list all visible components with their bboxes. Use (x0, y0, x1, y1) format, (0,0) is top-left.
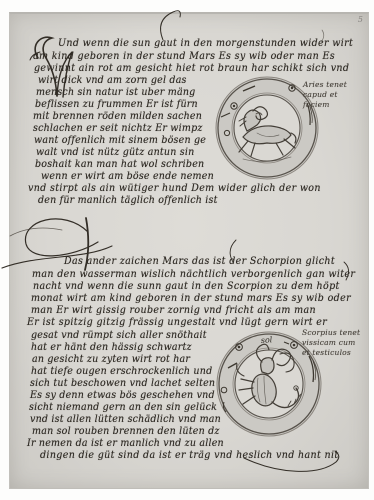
aries-margin-note: Aries tenet capud et faciem (303, 80, 367, 110)
manuscript-line: Und wenn die sun gaut in den morgenstund… (58, 38, 353, 49)
manuscript-line: hat tiefe ougen erschrockenlich und (31, 366, 212, 377)
manuscript-line: beflissen zu frummen Er ist fürn (35, 99, 198, 110)
note-line: vissicam cum (302, 338, 370, 348)
note-line: Aries tenet (303, 80, 367, 90)
manuscript-line: want offenlich mit sinem bösen ge (34, 135, 206, 146)
manuscript-line: man den wasserman wislich nächtlich verb… (32, 269, 355, 280)
manuscript-page-photo: 5 Und wenn die sun gaut in den morgenstu… (0, 0, 374, 500)
manuscript-line: Es sy denn etwas bös geschehen vnd (30, 390, 215, 401)
note-line: faciem (303, 100, 367, 110)
manuscript-line: dingen die güt sind da ist er träg vnd h… (40, 450, 339, 461)
manuscript-line: an gesicht zu zyten wirt rot har (32, 354, 190, 365)
manuscript-line: sicht niemand gern an den sin gelück (29, 402, 217, 413)
manuscript-line: Das ander zaichen Mars das ist der Schor… (64, 256, 335, 267)
manuscript-line: mensch sin natur ist uber mäng (36, 87, 195, 98)
scorpio-margin-note: Scorpius tenet vissicam cum et testiculo… (302, 328, 370, 358)
manuscript-line: monat wirt am kind geboren in der stund … (31, 293, 351, 304)
ring-label-sol: sol (261, 335, 274, 345)
manuscript-line: man sol rouben brennen den lüten dz (32, 426, 220, 437)
manuscript-line: Ir nemen da ist er manlich vnd zu allen (27, 438, 224, 449)
manuscript-line: hat er hänt den hässig schwartz (31, 342, 192, 353)
manuscript-line: gesat vnd rümpt sich aller snöthait (31, 330, 207, 341)
manuscript-line: nacht vnd wenn die sunn gaut in den Scor… (33, 281, 340, 292)
manuscript-line: walt vnd ist nütz gütz antun sin (36, 147, 194, 158)
manuscript-line: boshait kan man hat wol schriben (35, 159, 204, 170)
note-line: capud et (303, 90, 367, 100)
manuscript-line: den für manlich täglich offenlich ist (38, 195, 218, 206)
manuscript-line: mit brennen röden milden sachen (33, 111, 202, 122)
manuscript-line: vnd stirpt als ain wütiger hund Dem wide… (28, 183, 321, 194)
folio-number: 5 (358, 15, 363, 24)
manuscript-line: wirt dick vnd am zorn gel das (38, 75, 187, 86)
note-line: et testiculos (302, 348, 370, 358)
manuscript-line: am kind geboren in der stund Mars Es sy … (33, 51, 335, 62)
manuscript-line: sich tut beschowen vnd lachet selten (30, 378, 215, 389)
manuscript-line: schlachen er seit nichtz Er wimpz (33, 123, 203, 134)
manuscript-line: vnd ist allen lütten schädlich vnd man (30, 414, 221, 425)
note-line: Scorpius tenet (302, 328, 370, 338)
manuscript-line: Er ist spitzig gitzig frässig ungestalt … (27, 317, 327, 328)
manuscript-line: wenn er wirt am böse ende nemen (41, 171, 214, 182)
manuscript-line: man Er wirt gissig rouber zornig vnd fri… (31, 305, 316, 316)
